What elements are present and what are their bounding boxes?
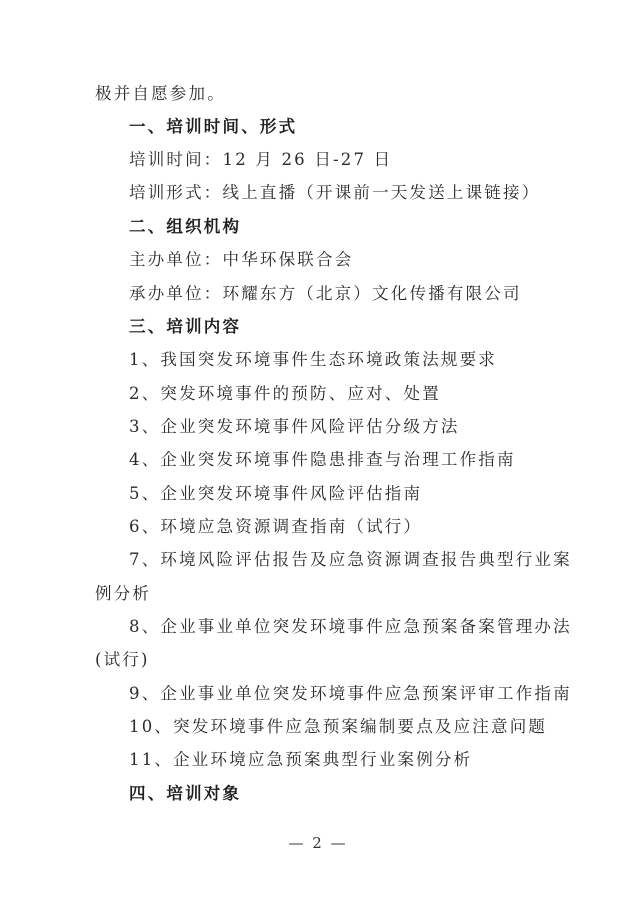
section-heading-3: 三、培训内容 — [129, 317, 241, 337]
content-item-7: 7、环境风险评估报告及应急资源调查报告典型行业案 — [129, 550, 572, 570]
training-format: 培训形式：线上直播（开课前一天发送上课链接） — [129, 183, 540, 203]
host-organization: 主办单位：中华环保联合会 — [129, 250, 353, 270]
content-item-3: 3、企业突发环境事件风险评估分级方法 — [129, 417, 460, 437]
training-time: 培训时间：12 月 26 日-27 日 — [129, 150, 392, 170]
section-heading-1: 一、培训时间、形式 — [129, 117, 297, 137]
content-item-6: 6、环境应急资源调查指南（试行） — [129, 517, 422, 537]
organizer: 承办单位：环耀东方（北京）文化传播有限公司 — [129, 284, 522, 304]
page-number: — 2 — — [0, 834, 636, 852]
content-item-2: 2、突发环境事件的预防、应对、处置 — [129, 384, 441, 404]
content-item-5: 5、企业突发环境事件风险评估指南 — [129, 484, 422, 504]
section-heading-2: 二、组织机构 — [129, 217, 241, 237]
content-item-11: 11、企业环境应急预案典型行业案例分析 — [129, 750, 472, 770]
content-item-1: 1、我国突发环境事件生态环境政策法规要求 — [129, 350, 497, 370]
content-item-10: 10、突发环境事件应急预案编制要点及应注意问题 — [129, 717, 547, 737]
section-heading-4: 四、培训对象 — [129, 784, 241, 804]
content-item-7-cont: 例分析 — [95, 584, 151, 604]
content-item-8-cont: (试行) — [95, 650, 150, 670]
paragraph-continuation: 极并自愿参加。 — [95, 84, 226, 104]
content-item-8: 8、企业事业单位突发环境事件应急预案备案管理办法 — [129, 617, 572, 637]
content-item-9: 9、企业事业单位突发环境事件应急预案评审工作指南 — [129, 684, 572, 704]
content-item-4: 4、企业突发环境事件隐患排查与治理工作指南 — [129, 450, 516, 470]
